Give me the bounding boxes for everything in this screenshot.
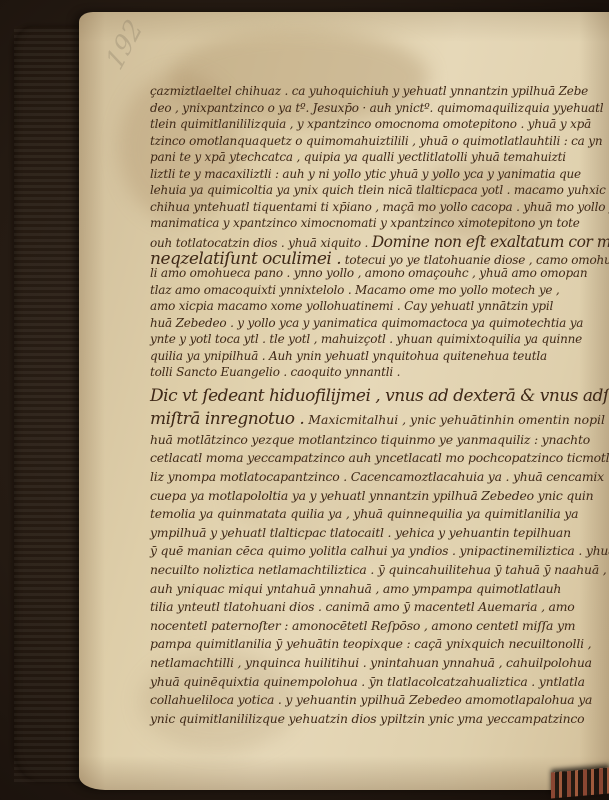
text-line: ȳ quē manian cēca quimo yolitla calhui y… <box>150 543 570 562</box>
latin-quote: Dic vt ſedeant hiduofilijmei , vnus ad d… <box>150 386 609 406</box>
nahuatl-text: Maxicmitalhui , ynic yehuātinhin omentin… <box>304 412 605 427</box>
text-line: tilia ynteutl tlatohuani dios . canimā a… <box>150 599 570 618</box>
text-line: amo xicpia macamo xome yollohuatinemi . … <box>150 299 570 316</box>
text-line: tlaz amo omacoquixti ynnixtelolo . Macam… <box>150 283 570 300</box>
text-line: tlein quimitlanililizquia , y xpantzinco… <box>150 117 570 134</box>
text-line: liz ynompa motlatocapantzinco . Cacencam… <box>150 469 570 488</box>
text-line: ympilhuā y yehuatl tlalticpac tlatocaitl… <box>150 525 570 544</box>
book-photo: 192 çazmiztlaeltel chihuaz . ca yuhoquic… <box>0 0 609 800</box>
paragraph-1: çazmiztlaeltel chihuaz . ca yuhoquichiuh… <box>150 84 570 382</box>
heading-line: miſtrā inregnotuo . Maxicmitalhui , ynic… <box>150 409 570 432</box>
text-line: temolia ya quinmatata quilia ya , yhuā q… <box>150 506 570 525</box>
text-line: li amo omohueca pano . ynno yollo , amon… <box>150 266 570 283</box>
latin-quote: miſtrā inregnotuo . <box>150 409 304 429</box>
text-line: ynte y yotl toca ytl . tle yotl , mahuiz… <box>150 332 570 349</box>
text-line: quilia ya ynipilhuā . Auh ynin yehuatl y… <box>150 349 570 366</box>
text-line: cuepa ya motlapololtia ya y yehuatl ynna… <box>150 488 570 507</box>
nahuatl-text: ouh totlatocatzin dios . yhuā xiquito . <box>150 236 372 250</box>
text-line: nocentetl paternoſter : amonocētetl Reſp… <box>150 618 570 637</box>
text-line: netlamachtilli , ynquinca huilitihui . y… <box>150 655 570 674</box>
text-line: tzinco omotlanquaquetz o quimomahuiztili… <box>150 134 570 151</box>
text-line: çazmiztlaeltel chihuaz . ca yuhoquichiuh… <box>150 84 570 101</box>
text-line: huā motlātzinco yezque motlantzinco tiqu… <box>150 432 570 451</box>
heading-line: Dic vt ſedeant hiduofilijmei , vnus ad d… <box>150 386 570 409</box>
manuscript-text: çazmiztlaeltel chihuaz . ca yuhoquichiuh… <box>150 84 570 729</box>
text-line: collahueliloca yotica . y yehuantin ypil… <box>150 692 570 711</box>
text-line: ynic quimitlanililizque yehuatzin dios y… <box>150 711 570 730</box>
text-line: manimatica y xpantzinco ximocnomati y xp… <box>150 216 570 233</box>
book-bottom-edge-stripes <box>551 767 609 798</box>
text-line: ouh totlatocatzin dios . yhuā xiquito . … <box>150 233 570 250</box>
text-line: deo , ynixpantzinco o ya tº. Jesuxp̄o · … <box>150 101 570 118</box>
text-line: auh yniquac miqui yntahuā ynnahuā , amo … <box>150 581 570 600</box>
text-line: cetlacatl moma yeccampatzinco auh yncetl… <box>150 450 570 469</box>
text-line: chihua yntehuatl tiquentami ti xp̄iano ,… <box>150 200 570 217</box>
text-line: yhuā quinēquixtia quinempolohua . ȳn tla… <box>150 674 570 693</box>
text-line: lehuia ya quimicoltia ya ynix quich tlei… <box>150 183 570 200</box>
book-fore-edge <box>14 26 81 782</box>
text-line: neqzelatiſunt oculimei . totecui yo ye t… <box>150 249 570 266</box>
paragraph-2: huā motlātzinco yezque motlantzinco tiqu… <box>150 432 570 730</box>
text-line: huā Zebedeo . y yollo yca y yanimatica q… <box>150 316 570 333</box>
text-line: necuilto noliztica netlamachtiliztica . … <box>150 562 570 581</box>
text-line: pampa quimitlanilia ȳ yehuātin teopixque… <box>150 636 570 655</box>
latin-heading: Dic vt ſedeant hiduofilijmei , vnus ad d… <box>150 386 570 432</box>
text-line: tolli Sancto Euangelio . caoquito ynnant… <box>150 365 570 382</box>
text-line: liztli te y macaxiliztli : auh y ni yoll… <box>150 167 570 184</box>
latin-quote: Domine non eſt exaltatum cor meū <box>372 233 609 251</box>
text-line: pani te y xpā ytechcatca , quipia ya qua… <box>150 150 570 167</box>
